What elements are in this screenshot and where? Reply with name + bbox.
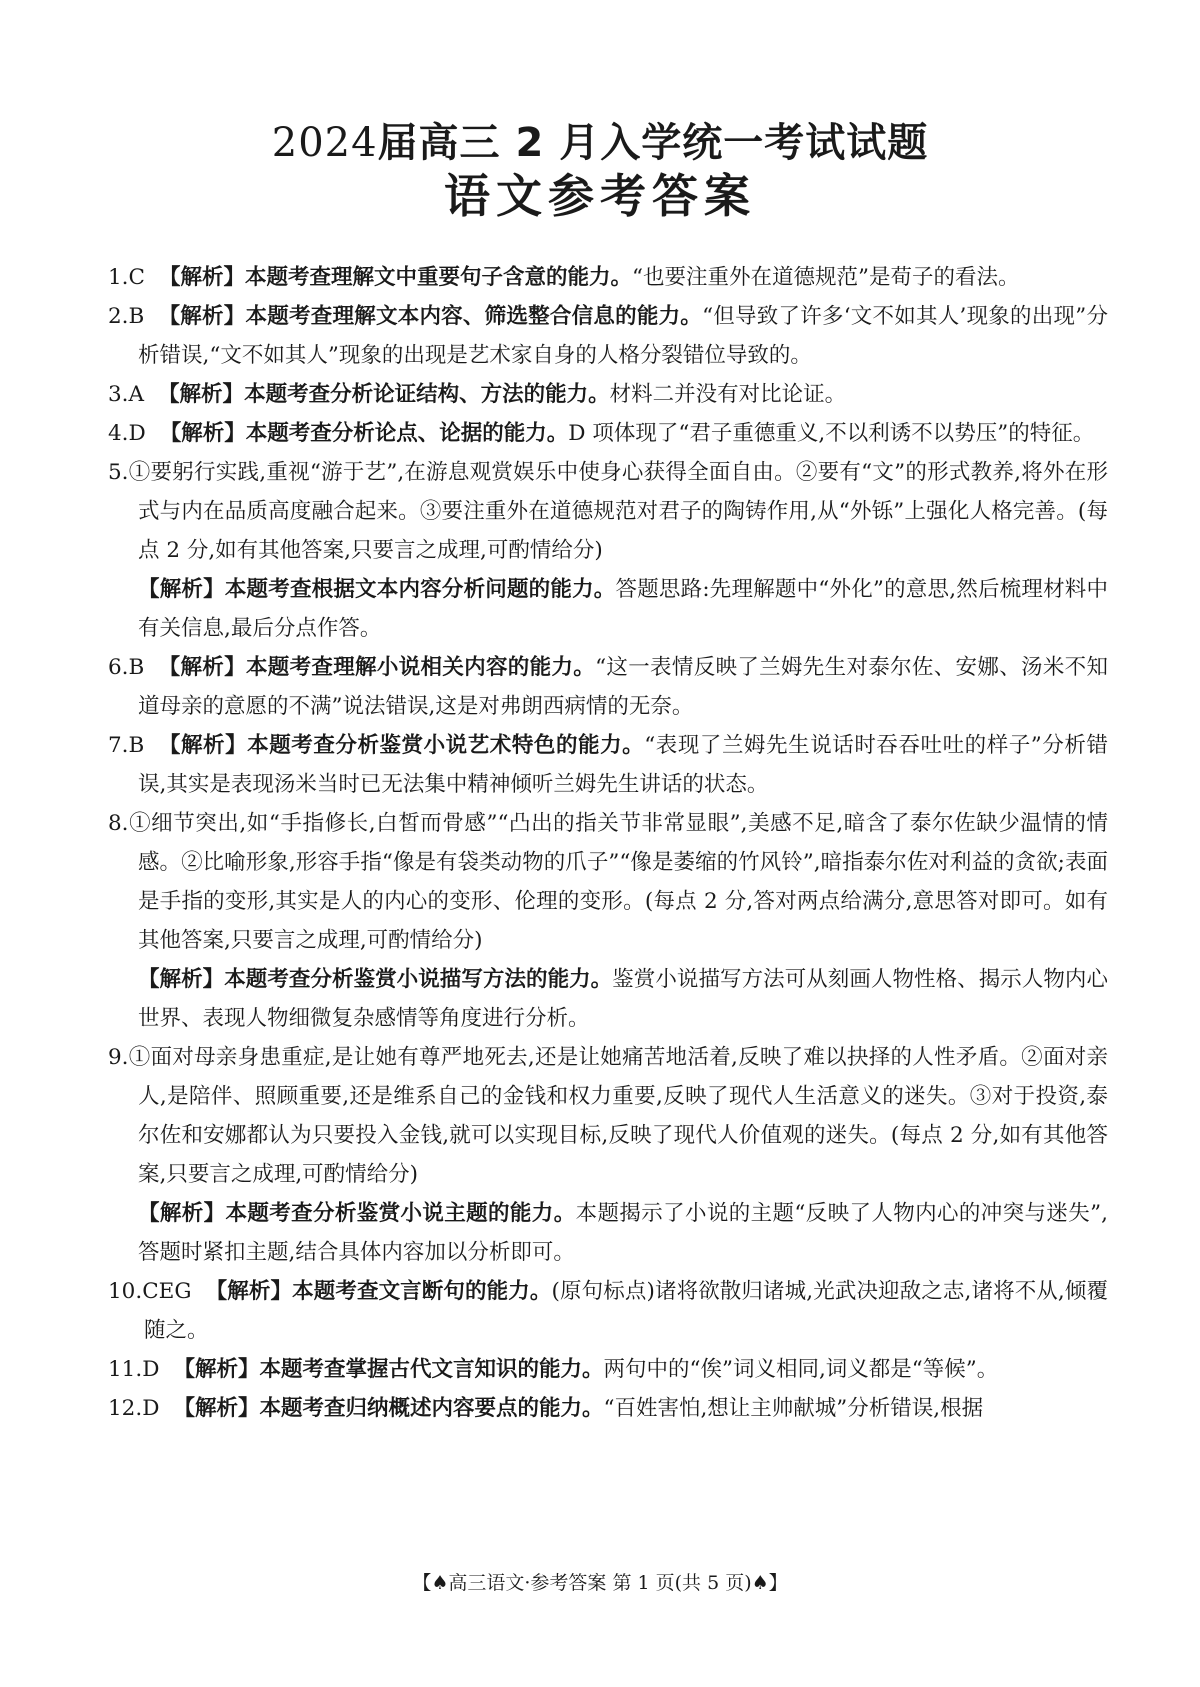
answer-choice: B bbox=[129, 733, 145, 758]
answer-item-8: 8.①细节突出,如“手指修长,白皙而骨感”“凸出的指关节非常显眼”,美感不足,暗… bbox=[108, 804, 1108, 960]
answer-item-9: 9.①面对母亲身患重症,是让她有尊严地死去,还是让她痛苦地活着,反映了难以抉择的… bbox=[108, 1038, 1108, 1194]
answer-item-4: 4.D【解析】本题考查分析论点、论据的能力。D 项体现了“君子重德重义,不以利诱… bbox=[108, 414, 1108, 453]
analysis-note-5: 【解析】本题考查根据文本内容分析问题的能力。答题思路:先理解题中“外化”的意思,… bbox=[108, 570, 1108, 648]
answer-item-12: 12.D【解析】本题考查归纳概述内容要点的能力。“百姓害怕,想让主帅献城”分析错… bbox=[108, 1389, 1108, 1428]
answer-choice: D bbox=[142, 1396, 159, 1421]
answer-list: 1.C【解析】本题考查理解文中重要句子含意的能力。“也要注重外在道德规范”是荀子… bbox=[108, 258, 1108, 1428]
answer-choice: CEG bbox=[142, 1279, 191, 1304]
answer-item-1: 1.C【解析】本题考查理解文中重要句子含意的能力。“也要注重外在道德规范”是荀子… bbox=[108, 258, 1108, 297]
analysis-note-8: 【解析】本题考查分析鉴赏小说描写方法的能力。鉴赏小说描写方法可从刻画人物性格、揭… bbox=[108, 960, 1108, 1038]
analysis-note-9: 【解析】本题考查分析鉴赏小说主题的能力。本题揭示了小说的主题“反映了人物内心的冲… bbox=[108, 1194, 1108, 1272]
page-subtitle: 语文参考答案 bbox=[0, 168, 1200, 224]
answer-item-7: 7.B【解析】本题考查分析鉴赏小说艺术特色的能力。“表现了兰姆先生说话时吞吞吐吐… bbox=[108, 726, 1108, 804]
answer-item-5: 5.①要躬行实践,重视“游于艺”,在游息观赏娱乐中使身心获得全面自由。②要有“文… bbox=[108, 453, 1108, 570]
answer-choice: B bbox=[129, 655, 145, 680]
title-text: 届高三 2 月入学统一考试试题 bbox=[378, 120, 929, 166]
answer-item-3: 3.A【解析】本题考查分析论证结构、方法的能力。材料二并没有对比论证。 bbox=[108, 375, 1108, 414]
answer-choice: C bbox=[129, 265, 145, 290]
answer-item-6: 6.B【解析】本题考查理解小说相关内容的能力。“这一表情反映了兰姆先生对泰尔佐、… bbox=[108, 648, 1108, 726]
title-year: 2024 bbox=[272, 120, 378, 166]
answer-choice: B bbox=[129, 304, 145, 329]
answer-item-10: 10.CEG【解析】本题考查文言断句的能力。(原句标点)诸将欲散归诸城,光武决迎… bbox=[108, 1272, 1108, 1350]
exam-title: 2024届高三 2 月入学统一考试试题 bbox=[0, 118, 1200, 168]
answer-item-11: 11.D【解析】本题考查掌握古代文言知识的能力。两句中的“俟”词义相同,词义都是… bbox=[108, 1350, 1108, 1389]
answer-choice: D bbox=[129, 421, 146, 446]
answer-choice: D bbox=[142, 1357, 159, 1382]
page-footer: 【♠高三语文·参考答案 第 1 页(共 5 页)♠】 bbox=[0, 1568, 1200, 1595]
answer-choice: A bbox=[129, 382, 145, 407]
answer-item-2: 2.B【解析】本题考查理解文本内容、筛选整合信息的能力。“但导致了许多‘文不如其… bbox=[108, 297, 1108, 375]
